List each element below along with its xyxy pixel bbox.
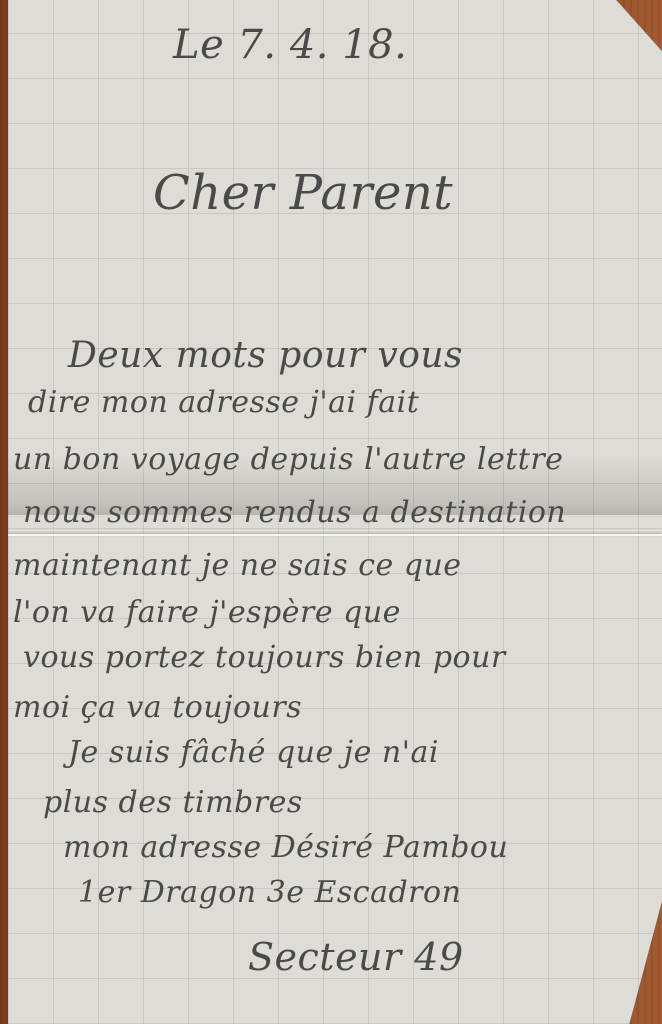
paper-fold-crease <box>8 534 662 536</box>
letter-line: maintenant je ne sais ce que <box>13 548 462 583</box>
letter-line: Deux mots pour vous <box>68 335 463 376</box>
letter-line: l'on va faire j'espère que <box>13 595 401 630</box>
letter-line: Je suis fâché que je n'ai <box>68 735 439 770</box>
letter-date: Le 7. 4. 18. <box>173 22 407 68</box>
letter-salutation: Cher Parent <box>153 165 453 221</box>
letter-sheet: Le 7. 4. 18. Cher Parent Deux mots pour … <box>8 0 662 1024</box>
letter-address-line: mon adresse Désiré Pambou <box>63 830 508 865</box>
letter-line: vous portez toujours bien pour <box>23 640 506 675</box>
letter-sector-line: Secteur 49 <box>248 935 464 979</box>
letter-address-line: 1er Dragon 3e Escadron <box>78 875 461 910</box>
letter-line: plus des timbres <box>43 785 303 820</box>
letter-line: un bon voyage depuis l'autre lettre <box>13 442 563 477</box>
letter-line: moi ça va toujours <box>13 690 302 725</box>
letter-line: nous sommes rendus a destination <box>23 495 566 530</box>
letter-line: dire mon adresse j'ai fait <box>28 385 419 420</box>
